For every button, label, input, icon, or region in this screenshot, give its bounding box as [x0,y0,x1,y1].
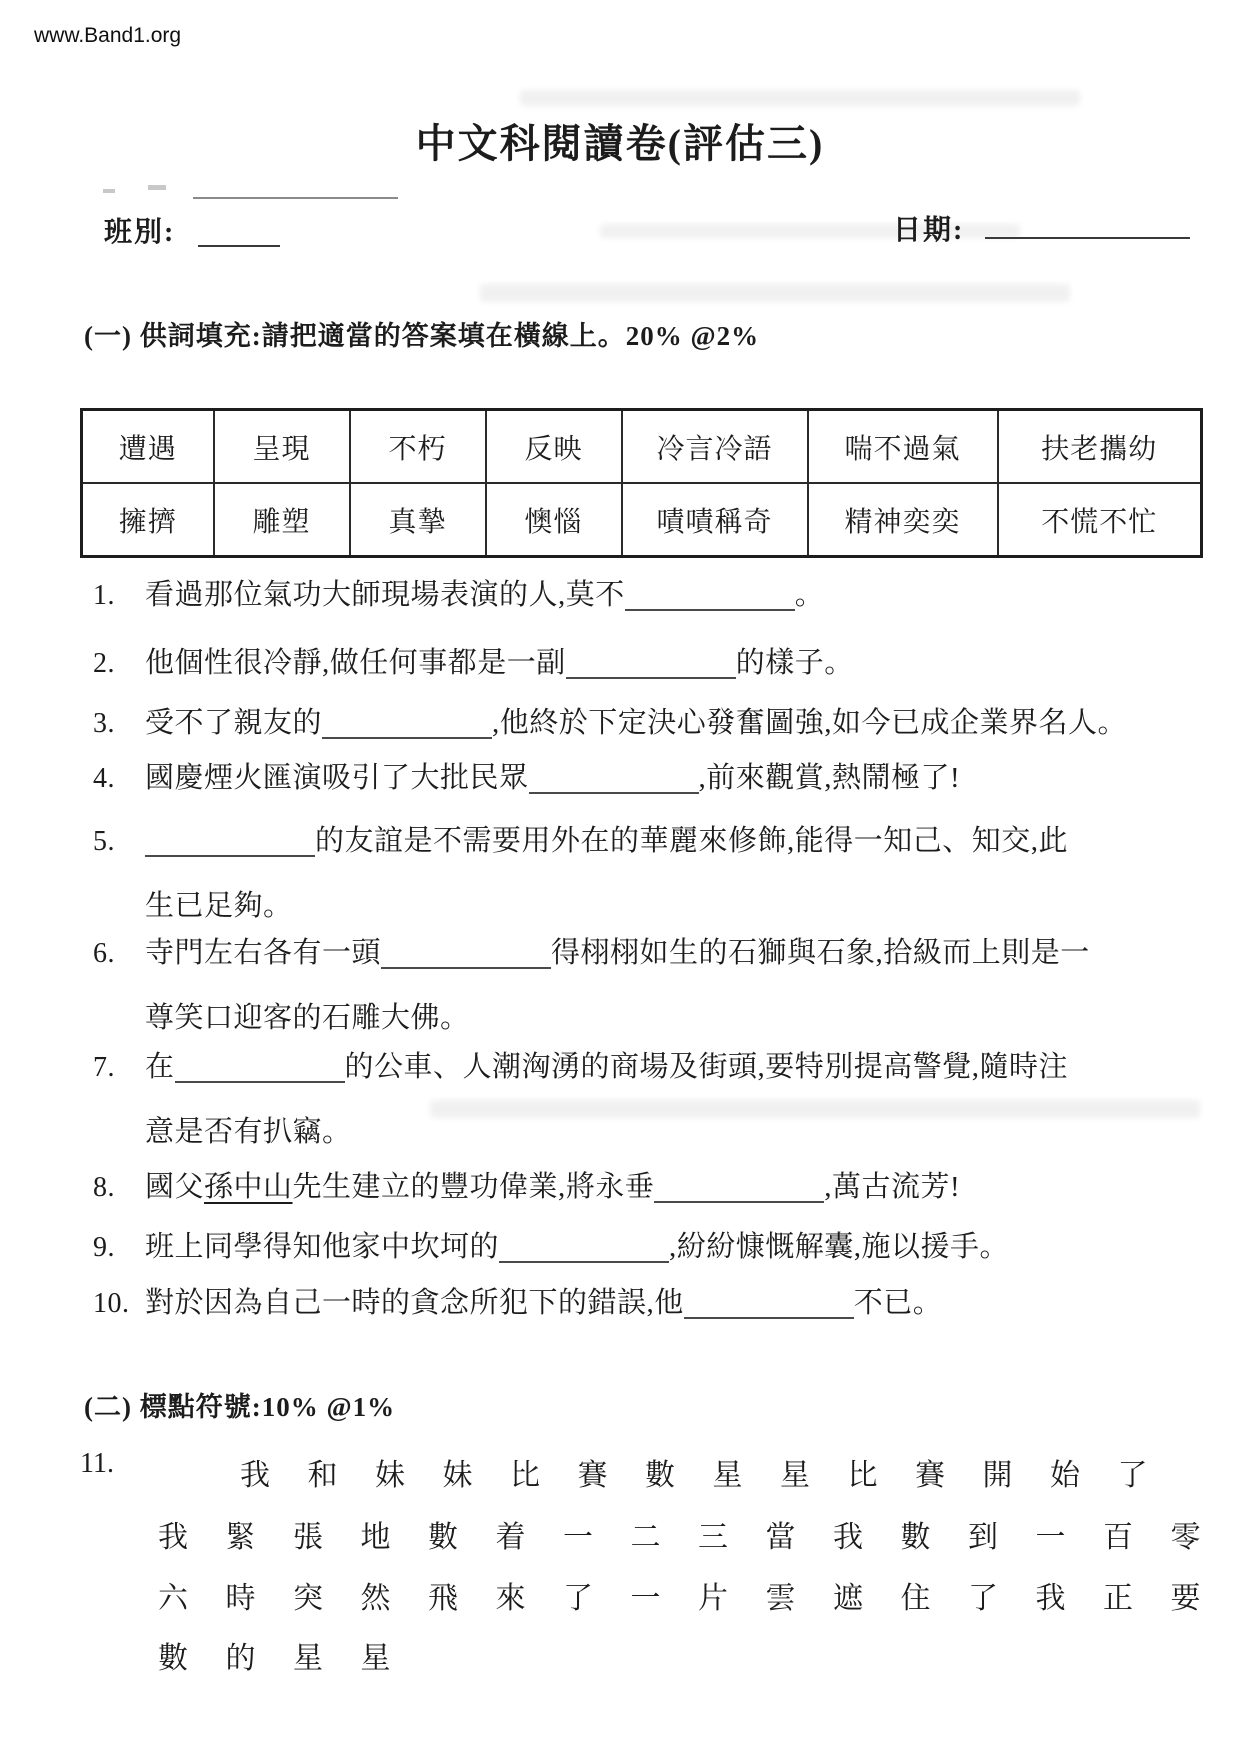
word-bank-row: 遭遇 呈現 不朽 反映 冷言冷語 喘不過氣 扶老攜幼 [82,410,1202,484]
item-number: 6. [93,922,145,986]
answer-blank-5[interactable] [145,825,315,857]
item-text-pre: 寺門左右各有一頭 [145,937,381,969]
punctuation-line-3[interactable]: 六 時 突 然 飛 來 了 一 片 雲 遮 住 了 我 正 要 [158,1573,1203,1617]
underlined-name: 孫中山 [204,1171,293,1203]
item-text-pre: 他個性很冷靜,做任何事都是一副 [145,647,566,679]
test-paper-page: www.Band1.org 中文科閱讀卷(評估三) 班別: 日期: (一) 供詞… [0,0,1240,1754]
scan-artifact [480,284,1070,302]
word-bank-cell: 呈現 [214,410,350,484]
word-bank-cell: 精神奕奕 [808,483,998,557]
answer-blank-10[interactable] [684,1287,854,1319]
item-text-pre: 國慶煙火匯演吸引了大批民眾 [145,762,529,794]
item-text-pre: 在 [145,1051,175,1083]
item-text-line2: 意是否有扒竊。 [145,1116,352,1148]
item-text-pre: 對於因為自己一時的貪念所犯下的錯誤,他 [145,1287,684,1319]
punctuation-line-1[interactable]: 我 和 妹 妹 比 賽 數 星 星 比 賽 開 始 了 [240,1450,1150,1494]
class-label: 班別: [104,210,175,250]
item-number: 8. [93,1156,145,1220]
scan-mark [148,185,166,190]
word-bank-cell: 嘖嘖稱奇 [622,483,808,557]
answer-blank-8[interactable] [654,1171,824,1203]
word-bank-cell: 擁擠 [82,483,214,557]
item-number: 5. [93,810,145,874]
answer-blank-2[interactable] [566,647,736,679]
word-bank-cell: 反映 [486,410,622,484]
item-text-post: ,萬古流芳! [824,1171,960,1203]
section2-heading: (二) 標點符號:10% @1% [84,1385,395,1424]
class-blank[interactable] [198,219,280,247]
word-bank-cell: 遭遇 [82,410,214,484]
section1-heading: (一) 供詞填充:請把適當的答案填在橫線上。20% @2% [84,314,759,353]
answer-blank-6[interactable] [381,937,551,969]
answer-blank-3[interactable] [322,707,492,739]
punctuation-line-4[interactable]: 數 的 星 星 [158,1633,393,1677]
answer-blank-7[interactable] [175,1051,345,1083]
item-text-post: ,前來觀賞,熱鬧極了! [699,762,961,794]
word-bank-cell: 不慌不忙 [998,483,1202,557]
word-bank-table: 遭遇 呈現 不朽 反映 冷言冷語 喘不過氣 扶老攜幼 擁擠 雕塑 真摯 懊惱 嘖… [80,408,1203,558]
item-text-post: 得栩栩如生的石獅與石象,拾級而上則是一 [551,937,1090,969]
word-bank-row: 擁擠 雕塑 真摯 懊惱 嘖嘖稱奇 精神奕奕 不慌不忙 [82,483,1202,557]
fill-item-8: 8.國父孫中山先生建立的豐功偉業,將永垂,萬古流芳! [93,1155,1240,1220]
answer-blank-1[interactable] [625,579,795,611]
fill-item-2: 2.他個性很冷靜,做任何事都是一副的樣子。 [93,631,1240,696]
name-blank-line[interactable] [193,177,398,199]
word-bank-cell: 不朽 [350,410,486,484]
scan-mark [103,189,115,193]
fill-item-5: 5.的友誼是不需要用外在的華麗來修飾,能得一知己、知交,此生已足夠。 [93,809,1240,938]
item-text-post: 不已。 [854,1287,943,1319]
item-text-post: ,他終於下定決心發奮圖強,如今已成企業界名人。 [492,707,1127,739]
item-text-pre: 班上同學得知他家中坎坷的 [145,1231,499,1263]
page-title: 中文科閱讀卷(評估三) [0,112,1240,169]
item-number: 10. [93,1272,145,1336]
fill-item-1: 1.看過那位氣功大師現場表演的人,莫不。 [93,563,1240,628]
word-bank-cell: 雕塑 [214,483,350,557]
word-bank-cell: 喘不過氣 [808,410,998,484]
fill-item-6: 6.寺門左右各有一頭得栩栩如生的石獅與石象,拾級而上則是一尊笑口迎客的石雕大佛。 [93,921,1240,1050]
fill-item-4: 4.國慶煙火匯演吸引了大批民眾,前來觀賞,熱鬧極了! [93,746,1240,811]
item-text-post: 的公車、人潮洶湧的商場及街頭,要特別提高警覺,隨時注 [345,1051,1069,1083]
item-text-post: 的樣子。 [736,647,854,679]
date-label: 日期: [893,208,964,248]
item-text-post: 。 [795,579,825,611]
item-number-11: 11. [80,1448,114,1480]
punctuation-line-2[interactable]: 我 緊 張 地 數 着 一 二 三 當 我 數 到 一 百 零 [158,1512,1203,1556]
item-text-pre: 看過那位氣功大師現場表演的人,莫不 [145,579,625,611]
item-number: 1. [93,564,145,628]
item-text-pre: 國父 [145,1171,204,1203]
item-text-line2: 尊笑口迎客的石雕大佛。 [145,1002,470,1034]
scan-artifact [520,90,1080,106]
fill-item-10: 10.對於因為自己一時的貪念所犯下的錯誤,他不已。 [93,1271,1240,1336]
date-blank[interactable] [985,217,1190,239]
item-number: 7. [93,1036,145,1100]
watermark-url: www.Band1.org [34,24,181,48]
word-bank-cell: 扶老攜幼 [998,410,1202,484]
item-text-pre: 受不了親友的 [145,707,322,739]
answer-blank-4[interactable] [529,762,699,794]
fill-item-7: 7.在的公車、人潮洶湧的商場及街頭,要特別提高警覺,隨時注意是否有扒竊。 [93,1035,1240,1164]
item-text-post: ,紛紛慷慨解囊,施以援手。 [669,1231,1009,1263]
word-bank-cell: 懊惱 [486,483,622,557]
item-text-mid: 先生建立的豐功偉業,將永垂 [293,1171,655,1203]
item-number: 4. [93,747,145,811]
word-bank-cell: 真摯 [350,483,486,557]
item-text-line2: 生已足夠。 [145,890,293,922]
word-bank-cell: 冷言冷語 [622,410,808,484]
item-text-post: 的友誼是不需要用外在的華麗來修飾,能得一知己、知交,此 [315,825,1068,857]
item-number: 2. [93,632,145,696]
answer-blank-9[interactable] [499,1231,669,1263]
